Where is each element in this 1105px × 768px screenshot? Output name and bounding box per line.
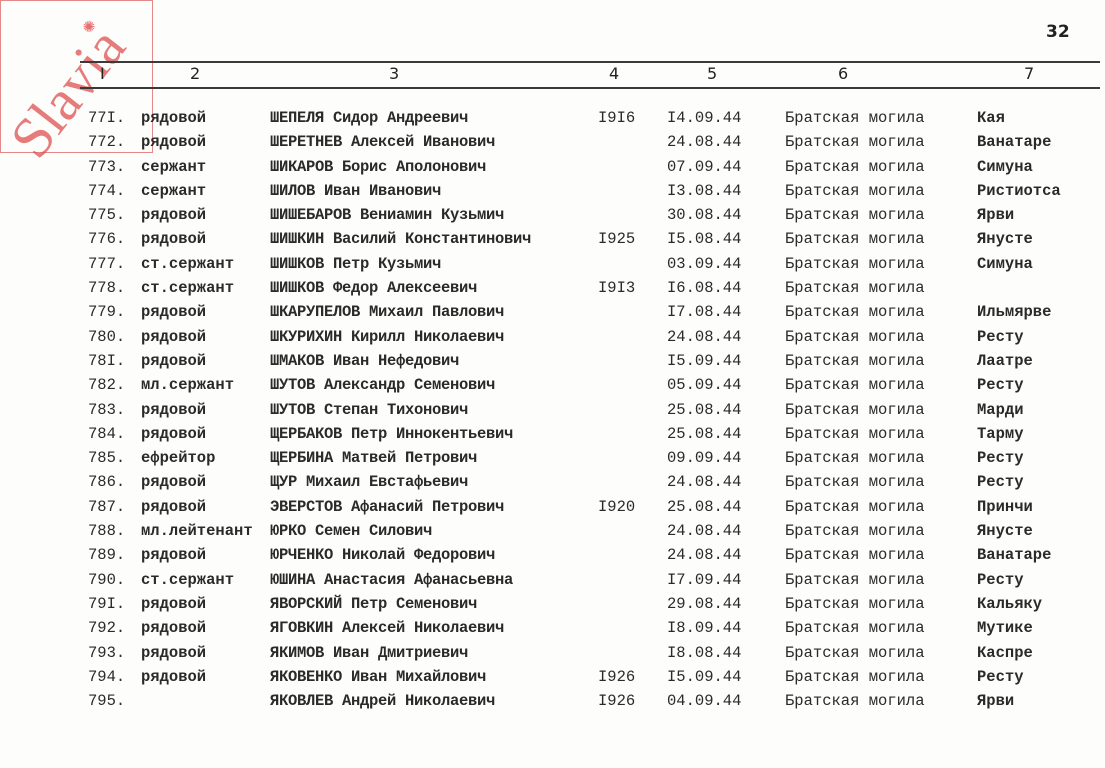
record-rank: ст.сержант	[141, 254, 234, 274]
record-name: ЮШИНА Анастасия Афанасьевна	[270, 570, 513, 590]
record-number: 773.	[88, 157, 125, 177]
record-rank: рядовой	[141, 108, 206, 128]
record-number: 786.	[88, 472, 125, 492]
record-name: ЩЕРБАКОВ Петр Иннокентьевич	[270, 424, 513, 444]
record-burial-place: Ярви	[977, 691, 1014, 711]
record-burial-place: Янусте	[977, 229, 1033, 249]
record-name: ШЕРЕТНЕВ Алексей Иванович	[270, 132, 495, 152]
record-death-date: I5.08.44	[667, 229, 741, 249]
record-burial-type: Братская могила	[785, 448, 925, 468]
record-death-date: I8.09.44	[667, 618, 741, 638]
column-header-3: 3	[389, 64, 399, 83]
sun-icon: ✺	[83, 13, 95, 39]
record-rank: рядовой	[141, 472, 206, 492]
record-rank: рядовой	[141, 205, 206, 225]
table-row: 772.рядовойШЕРЕТНЕВ Алексей Иванович24.0…	[0, 132, 1105, 156]
record-burial-type: Братская могила	[785, 667, 925, 687]
record-burial-type: Братская могила	[785, 181, 925, 201]
column-header-6: 6	[838, 64, 848, 83]
table-row: 773.сержантШИКАРОВ Борис Аполонович07.09…	[0, 157, 1105, 181]
column-header-2: 2	[190, 64, 200, 83]
record-rank: рядовой	[141, 229, 206, 249]
table-row: 788.мл.лейтенантЮРКО Семен Силович24.08.…	[0, 521, 1105, 545]
table-row: 793.рядовойЯКИМОВ Иван ДмитриевичI8.08.4…	[0, 643, 1105, 667]
record-burial-place: Ярви	[977, 205, 1014, 225]
record-number: 783.	[88, 400, 125, 420]
record-burial-place: Ресту	[977, 327, 1024, 347]
record-birth-year: I9I6	[598, 108, 635, 128]
record-burial-type: Братская могила	[785, 327, 925, 347]
record-number: 78I.	[88, 351, 125, 371]
record-number: 776.	[88, 229, 125, 249]
record-number: 777.	[88, 254, 125, 274]
record-death-date: 25.08.44	[667, 497, 741, 517]
record-name: ЯКОВЕНКО Иван Михайлович	[270, 667, 486, 687]
record-number: 790.	[88, 570, 125, 590]
record-burial-place: Ресту	[977, 472, 1024, 492]
record-birth-year: I926	[598, 691, 635, 711]
record-death-date: I5.09.44	[667, 667, 741, 687]
record-burial-type: Братская могила	[785, 205, 925, 225]
record-name: ШИШКОВ Петр Кузьмич	[270, 254, 441, 274]
record-death-date: 25.08.44	[667, 424, 741, 444]
table-row: 776.рядовойШИШКИН Василий Константинович…	[0, 229, 1105, 253]
record-burial-place: Ресту	[977, 375, 1024, 395]
record-name: ЯВОРСКИЙ Петр Семенович	[270, 594, 477, 614]
column-header-1: I	[100, 64, 105, 83]
record-burial-type: Братская могила	[785, 400, 925, 420]
record-burial-place: Ванатаре	[977, 545, 1051, 565]
record-burial-type: Братская могила	[785, 691, 925, 711]
record-rank: рядовой	[141, 132, 206, 152]
record-death-date: 24.08.44	[667, 545, 741, 565]
record-burial-type: Братская могила	[785, 594, 925, 614]
record-death-date: 03.09.44	[667, 254, 741, 274]
table-row: 790.ст.сержантЮШИНА Анастасия Афанасьевн…	[0, 570, 1105, 594]
record-rank: ефрейтор	[141, 448, 215, 468]
record-birth-year: I925	[598, 229, 635, 249]
record-number: 794.	[88, 667, 125, 687]
table-row: 780.рядовойШКУРИХИН Кирилл Николаевич24.…	[0, 327, 1105, 351]
record-burial-type: Братская могила	[785, 108, 925, 128]
header-rule-top	[80, 61, 1100, 63]
record-burial-type: Братская могила	[785, 570, 925, 590]
record-death-date: 24.08.44	[667, 327, 741, 347]
record-name: ШМАКОВ Иван Нефедович	[270, 351, 459, 371]
record-number: 784.	[88, 424, 125, 444]
record-number: 775.	[88, 205, 125, 225]
record-burial-type: Братская могила	[785, 351, 925, 371]
record-burial-place: Лаатре	[977, 351, 1033, 371]
record-death-date: I4.09.44	[667, 108, 741, 128]
record-burial-type: Братская могила	[785, 472, 925, 492]
record-death-date: I7.08.44	[667, 302, 741, 322]
record-death-date: 25.08.44	[667, 400, 741, 420]
record-death-date: 05.09.44	[667, 375, 741, 395]
record-death-date: 24.08.44	[667, 472, 741, 492]
record-name: ЯКИМОВ Иван Дмитриевич	[270, 643, 468, 663]
column-header-4: 4	[609, 64, 619, 83]
record-rank: рядовой	[141, 497, 206, 517]
record-number: 787.	[88, 497, 125, 517]
record-birth-year: I926	[598, 667, 635, 687]
record-number: 782.	[88, 375, 125, 395]
record-name: ЯГОВКИН Алексей Николаевич	[270, 618, 504, 638]
table-row: 795.ЯКОВЛЕВ Андрей НиколаевичI92604.09.4…	[0, 691, 1105, 715]
record-burial-place: Ресту	[977, 667, 1024, 687]
record-death-date: I3.08.44	[667, 181, 741, 201]
column-header-7: 7	[1024, 64, 1034, 83]
record-burial-place: Ресту	[977, 448, 1024, 468]
record-burial-place: Янусте	[977, 521, 1033, 541]
record-burial-type: Братская могила	[785, 375, 925, 395]
record-birth-year: I920	[598, 497, 635, 517]
record-burial-type: Братская могила	[785, 618, 925, 638]
record-rank: рядовой	[141, 400, 206, 420]
table-row: 778.ст.сержантШИШКОВ Федор АлексеевичI9I…	[0, 278, 1105, 302]
record-death-date: 04.09.44	[667, 691, 741, 711]
record-number: 788.	[88, 521, 125, 541]
record-rank: ст.сержант	[141, 278, 234, 298]
record-rank: ст.сержант	[141, 570, 234, 590]
table-row: 785.ефрейторЩЕРБИНА Матвей Петрович09.09…	[0, 448, 1105, 472]
record-burial-type: Братская могила	[785, 254, 925, 274]
record-burial-place: Симуна	[977, 254, 1033, 274]
record-burial-place: Ильмярве	[977, 302, 1051, 322]
record-name: ШИШКОВ Федор Алексеевич	[270, 278, 477, 298]
table-row: 78I.рядовойШМАКОВ Иван НефедовичI5.09.44…	[0, 351, 1105, 375]
record-rank: рядовой	[141, 545, 206, 565]
record-number: 795.	[88, 691, 125, 711]
table-row: 774.сержантШИЛОВ Иван ИвановичI3.08.44Бр…	[0, 181, 1105, 205]
record-burial-place: Ванатаре	[977, 132, 1051, 152]
record-burial-type: Братская могила	[785, 157, 925, 177]
record-name: ШКАРУПЕЛОВ Михаил Павлович	[270, 302, 504, 322]
record-rank: сержант	[141, 157, 206, 177]
table-row: 775.рядовойШИШЕБАРОВ Вениамин Кузьмич30.…	[0, 205, 1105, 229]
record-burial-type: Братская могила	[785, 278, 925, 298]
record-burial-type: Братская могила	[785, 302, 925, 322]
table-row: 787.рядовойЭВЕРСТОВ Афанасий ПетровичI92…	[0, 497, 1105, 521]
record-burial-type: Братская могила	[785, 643, 925, 663]
table-row: 786.рядовойЩУР Михаил Евстафьевич24.08.4…	[0, 472, 1105, 496]
record-name: ЮРЧЕНКО Николай Федорович	[270, 545, 495, 565]
record-name: ШУТОВ Александр Семенович	[270, 375, 495, 395]
record-name: ШИШЕБАРОВ Вениамин Кузьмич	[270, 205, 504, 225]
table-row: 789.рядовойЮРЧЕНКО Николай Федорович24.0…	[0, 545, 1105, 569]
record-death-date: I8.08.44	[667, 643, 741, 663]
record-number: 793.	[88, 643, 125, 663]
record-burial-place: Ресту	[977, 570, 1024, 590]
record-name: ЯКОВЛЕВ Андрей Николаевич	[270, 691, 495, 711]
page-number: 32	[1046, 22, 1070, 42]
record-death-date: 07.09.44	[667, 157, 741, 177]
record-burial-type: Братская могила	[785, 497, 925, 517]
record-number: 79I.	[88, 594, 125, 614]
record-name: ЭВЕРСТОВ Афанасий Петрович	[270, 497, 504, 517]
record-rank: рядовой	[141, 618, 206, 638]
record-burial-place: Кальяку	[977, 594, 1042, 614]
record-burial-place: Марди	[977, 400, 1024, 420]
record-number: 789.	[88, 545, 125, 565]
record-name: ЩУР Михаил Евстафьевич	[270, 472, 468, 492]
record-rank: рядовой	[141, 667, 206, 687]
record-name: ЮРКО Семен Силович	[270, 521, 432, 541]
record-burial-place: Кая	[977, 108, 1005, 128]
record-burial-type: Братская могила	[785, 132, 925, 152]
table-row: 784.рядовойЩЕРБАКОВ Петр Иннокентьевич25…	[0, 424, 1105, 448]
record-rank: мл.лейтенант	[141, 521, 253, 541]
record-name: ШИШКИН Василий Константинович	[270, 229, 531, 249]
table-row: 782.мл.сержантШУТОВ Александр Семенович0…	[0, 375, 1105, 399]
record-burial-place: Ристиотса	[977, 181, 1061, 201]
record-burial-type: Братская могила	[785, 229, 925, 249]
header-rule-bottom	[80, 87, 1100, 89]
record-burial-type: Братская могила	[785, 424, 925, 444]
table-row: 79I.рядовойЯВОРСКИЙ Петр Семенович29.08.…	[0, 594, 1105, 618]
record-number: 785.	[88, 448, 125, 468]
table-row: 783.рядовойШУТОВ Степан Тихонович25.08.4…	[0, 400, 1105, 424]
record-death-date: I7.09.44	[667, 570, 741, 590]
record-number: 77I.	[88, 108, 125, 128]
record-rank: рядовой	[141, 351, 206, 371]
record-death-date: 29.08.44	[667, 594, 741, 614]
record-burial-type: Братская могила	[785, 545, 925, 565]
record-death-date: 24.08.44	[667, 521, 741, 541]
record-name: ШИКАРОВ Борис Аполонович	[270, 157, 486, 177]
record-name: ЩЕРБИНА Матвей Петрович	[270, 448, 477, 468]
table-row: 77I.рядовойШЕПЕЛЯ Сидор АндреевичI9I6I4.…	[0, 108, 1105, 132]
table-row: 777.ст.сержантШИШКОВ Петр Кузьмич03.09.4…	[0, 254, 1105, 278]
record-birth-year: I9I3	[598, 278, 635, 298]
record-death-date: 09.09.44	[667, 448, 741, 468]
record-name: ШКУРИХИН Кирилл Николаевич	[270, 327, 504, 347]
record-number: 778.	[88, 278, 125, 298]
record-number: 779.	[88, 302, 125, 322]
record-number: 772.	[88, 132, 125, 152]
record-rank: рядовой	[141, 594, 206, 614]
table-row: 779.рядовойШКАРУПЕЛОВ Михаил ПавловичI7.…	[0, 302, 1105, 326]
record-death-date: I5.09.44	[667, 351, 741, 371]
records-table: 77I.рядовойШЕПЕЛЯ Сидор АндреевичI9I6I4.…	[0, 108, 1105, 715]
record-burial-place: Принчи	[977, 497, 1033, 517]
record-name: ШУТОВ Степан Тихонович	[270, 400, 468, 420]
table-row: 794.рядовойЯКОВЕНКО Иван МихайловичI926I…	[0, 667, 1105, 691]
record-death-date: 24.08.44	[667, 132, 741, 152]
record-burial-place: Каспре	[977, 643, 1033, 663]
record-rank: рядовой	[141, 424, 206, 444]
record-rank: рядовой	[141, 327, 206, 347]
record-number: 792.	[88, 618, 125, 638]
record-rank: рядовой	[141, 643, 206, 663]
record-number: 780.	[88, 327, 125, 347]
record-rank: сержант	[141, 181, 206, 201]
record-burial-type: Братская могила	[785, 521, 925, 541]
record-burial-place: Тарму	[977, 424, 1024, 444]
record-burial-place: Симуна	[977, 157, 1033, 177]
record-death-date: I6.08.44	[667, 278, 741, 298]
record-name: ШЕПЕЛЯ Сидор Андреевич	[270, 108, 468, 128]
record-death-date: 30.08.44	[667, 205, 741, 225]
record-burial-place: Мутике	[977, 618, 1033, 638]
record-name: ШИЛОВ Иван Иванович	[270, 181, 441, 201]
record-rank: рядовой	[141, 302, 206, 322]
column-header-row: I 2 3 4 5 6 7	[0, 64, 1105, 86]
record-rank: мл.сержант	[141, 375, 234, 395]
table-row: 792.рядовойЯГОВКИН Алексей НиколаевичI8.…	[0, 618, 1105, 642]
column-header-5: 5	[707, 64, 717, 83]
record-number: 774.	[88, 181, 125, 201]
